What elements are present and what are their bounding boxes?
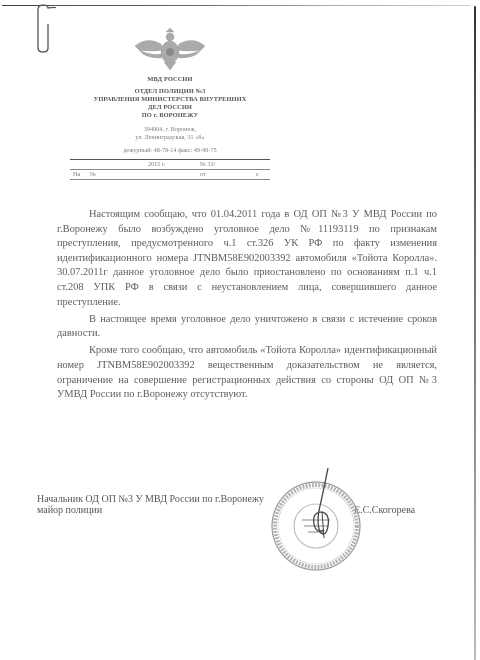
registration-number: № 33/ (200, 161, 215, 168)
divider (70, 179, 270, 180)
agency-name: МВД РОССИИ (60, 76, 280, 84)
page-top-edge (2, 5, 470, 6)
department-line: ПО г. ВОРОНЕЖУ (60, 112, 280, 120)
reference-label: На (73, 171, 80, 178)
document-page: МВД РОССИИ ОТДЕЛ ПОЛИЦИИ №3 УПРАВЛЕНИЯ М… (0, 0, 480, 660)
double-headed-eagle-emblem-icon (133, 28, 207, 72)
registration-year: 2015 г. (148, 161, 165, 168)
reference-number-label: № (90, 171, 96, 178)
signatory-title: Начальник ОД ОП №3 У МВД России по г.Вор… (37, 494, 264, 505)
address-line: ул. Ленинградская, 31 «б» (60, 134, 280, 142)
reference-year-suffix: г. (256, 171, 259, 178)
letter-body: Настоящим сообщаю, что 01.04.2011 года в… (57, 208, 437, 405)
phone-fax: дежурный: 48-78-14 факс: 49-90-75 (60, 147, 280, 155)
department-line: ДЕЛ РОССИИ (60, 104, 280, 112)
signatory-rank: майор полиции (37, 505, 102, 516)
handwritten-signature-icon (300, 468, 340, 548)
paperclip-icon (34, 2, 56, 54)
reference-date-label: от (200, 171, 206, 178)
body-paragraph: Кроме того сообщаю, что автомобиль «Тойо… (57, 344, 437, 402)
divider (70, 169, 270, 170)
divider (70, 159, 270, 160)
body-paragraph: Настоящим сообщаю, что 01.04.2011 года в… (57, 208, 437, 310)
address-line: 394004, г. Воронеж, (60, 126, 280, 134)
body-paragraph: В настоящее время уголовное дело уничтож… (57, 313, 437, 342)
page-right-edge (474, 6, 476, 660)
department-line: ОТДЕЛ ПОЛИЦИИ №3 (60, 88, 280, 96)
department-line: УПРАВЛЕНИЯ МИНИСТЕРСТВА ВНУТРЕННИХ (60, 96, 280, 104)
